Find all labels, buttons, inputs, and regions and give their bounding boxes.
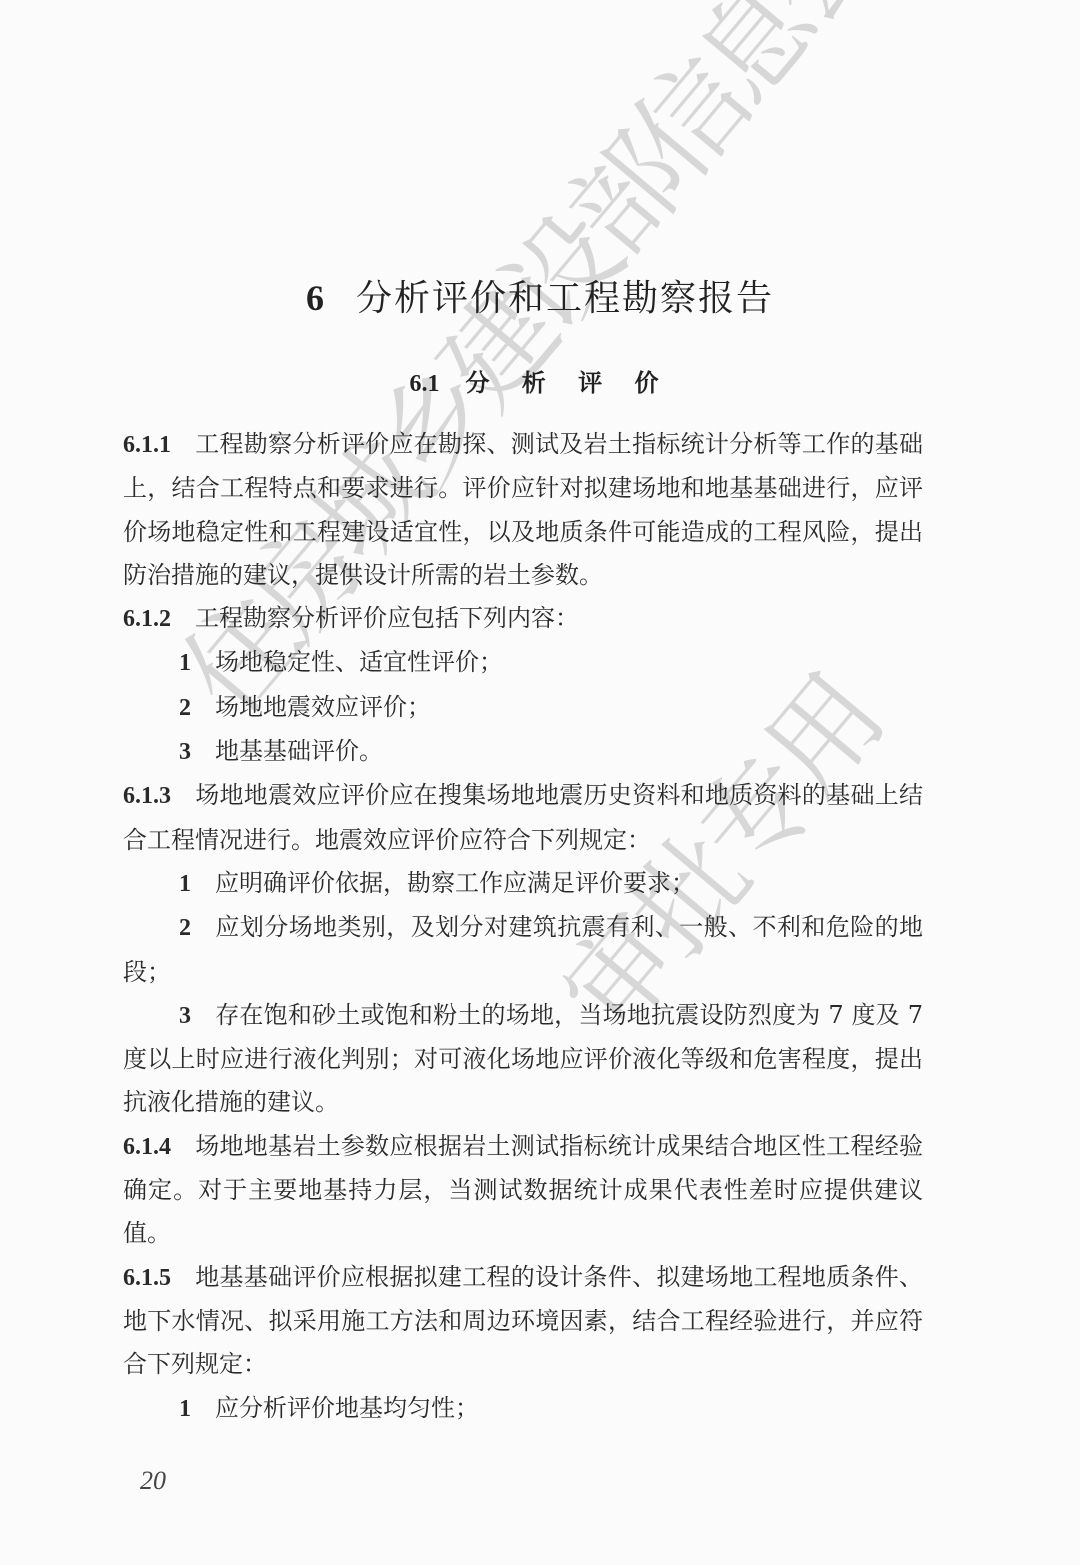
document-body: 6.1.1工程勘察分析评价应在勘探、测试及岩土指标统计分析等工作的基础上，结合工… xyxy=(123,423,923,1431)
clause-text: 工程勘察分析评价应包括下列内容： xyxy=(195,604,579,632)
list-item: 1应分析评价地基均匀性； xyxy=(123,1387,923,1431)
item-text: 应分析评价地基均匀性； xyxy=(215,1394,479,1422)
clause-number: 6.1.2 xyxy=(123,606,171,632)
item-text: 地基基础评价。 xyxy=(215,737,383,765)
item-number: 3 xyxy=(179,1003,191,1029)
page-number: 20 xyxy=(140,1466,166,1496)
clause-text: 场地地震效应评价应在搜集场地地震历史资料和地质资料的基础上结合工程情况进行。地震… xyxy=(123,781,923,853)
clause-number: 6.1.4 xyxy=(123,1134,171,1160)
chapter-number: 6 xyxy=(306,278,326,318)
clause-number: 6.1.1 xyxy=(123,432,171,458)
list-item: 3地基基础评价。 xyxy=(123,730,923,774)
list-item: 1场地稳定性、适宜性评价； xyxy=(123,641,923,685)
clause-6-1-1: 6.1.1工程勘察分析评价应在勘探、测试及岩土指标统计分析等工作的基础上，结合工… xyxy=(123,423,923,597)
item-number: 2 xyxy=(179,915,191,941)
list-item: 2场地地震效应评价； xyxy=(123,686,923,730)
item-text: 应明确评价依据，勘察工作应满足评价要求； xyxy=(215,869,695,897)
list-item: 1应明确评价依据，勘察工作应满足评价要求； xyxy=(123,862,923,906)
chapter-title-text: 分析评价和工程勘察报告 xyxy=(356,278,774,319)
clause-6-1-4: 6.1.4场地地基岩土参数应根据岩土测试指标统计成果结合地区性工程经验确定。对于… xyxy=(123,1125,923,1256)
item-number: 3 xyxy=(179,739,191,765)
clause-text: 场地地基岩土参数应根据岩土测试指标统计成果结合地区性工程经验确定。对于主要地基持… xyxy=(123,1132,923,1248)
clause-6-1-3: 6.1.3场地地震效应评价应在搜集场地地震历史资料和地质资料的基础上结合工程情况… xyxy=(123,774,923,862)
list-item: 2应划分场地类别，及划分对建筑抗震有利、一般、不利和危险的地段； xyxy=(123,906,923,994)
item-text: 场地地震效应评价； xyxy=(215,693,431,721)
section-number: 6.1 xyxy=(409,371,439,397)
item-number: 1 xyxy=(179,650,191,676)
clause-number: 6.1.3 xyxy=(123,783,171,809)
item-text: 应划分场地类别，及划分对建筑抗震有利、一般、不利和危险的地段； xyxy=(123,913,923,985)
item-number: 2 xyxy=(179,695,191,721)
document-page: 住房城乡建设部信息公开 审批专用 6分析评价和工程勘察报告 6.1分 析 评 价… xyxy=(0,0,1080,1565)
item-number: 1 xyxy=(179,1396,191,1422)
clause-text: 地基基础评价应根据拟建工程的设计条件、拟建场地工程地质条件、地下水情况、拟采用施… xyxy=(123,1263,923,1379)
chapter-title: 6分析评价和工程勘察报告 xyxy=(0,270,1080,321)
clause-6-1-2: 6.1.2工程勘察分析评价应包括下列内容： xyxy=(123,597,923,641)
clause-text: 工程勘察分析评价应在勘探、测试及岩土指标统计分析等工作的基础上，结合工程特点和要… xyxy=(123,430,923,589)
item-text: 存在饱和砂土或饱和粉土的场地，当场地抗震设防烈度为 7 度及 7 度以上时应进行… xyxy=(123,1001,923,1117)
section-title: 6.1分 析 评 价 xyxy=(0,363,1080,398)
list-item: 3存在饱和砂土或饱和粉土的场地，当场地抗震设防烈度为 7 度及 7 度以上时应进… xyxy=(123,994,923,1125)
item-number: 1 xyxy=(179,871,191,897)
section-title-text: 分 析 评 价 xyxy=(465,368,670,397)
clause-number: 6.1.5 xyxy=(123,1265,171,1291)
clause-6-1-5: 6.1.5地基基础评价应根据拟建工程的设计条件、拟建场地工程地质条件、地下水情况… xyxy=(123,1256,923,1387)
item-text: 场地稳定性、适宜性评价； xyxy=(215,648,503,676)
